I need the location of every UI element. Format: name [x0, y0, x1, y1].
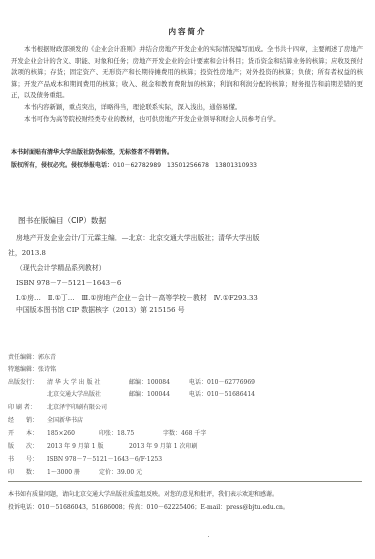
publisher-postcode: 邮编：100044: [129, 389, 189, 398]
book-number-value: ISBN 978－7－5121－1643－6/F·1253: [47, 456, 162, 463]
publisher-phone: 电话：010－51686414: [189, 391, 255, 398]
publisher-postcode: 邮编：100084: [129, 377, 189, 386]
book-number-label: 书 号：: [8, 454, 47, 463]
book-number-row: 书 号：ISBN 978－7－5121－1643－6/F·1253: [8, 454, 162, 463]
print-run-value: 1～3000 册: [47, 467, 99, 476]
publisher-name: 清 华 大 学 出 版 社: [47, 377, 129, 386]
format-label: 开 本：: [8, 428, 47, 437]
print-run-row: 印 数：1～3000 册定价：39.00 元: [8, 467, 142, 476]
cip-classification: Ⅰ.①房… Ⅱ.①丁… Ⅲ.①房地产企业－会计－高等学校－教材 Ⅳ.①F293.…: [16, 292, 258, 302]
distributor-row: 经 销：全国新华书店: [8, 415, 83, 424]
format-row: 开 本：185×260印张：18.75字数：468 千字: [8, 428, 206, 437]
report-phones: 010－62782989 13501256678 13801310933: [113, 162, 257, 169]
print-run-label: 印 数：: [8, 467, 47, 476]
distributor-label: 经 销：: [8, 415, 47, 424]
publisher-label: 出版发行：: [8, 377, 47, 386]
summary-paragraph: 本书内容新颖，重点突出，详略得当，理论联系实际，深入浅出，通俗易懂。: [11, 102, 363, 114]
publisher-row: 出版发行：清 华 大 学 出 版 社邮编：100084电话：010－627769…: [8, 377, 255, 386]
cip-isbn: ISBN 978－7－5121－1643－6: [16, 277, 121, 287]
price: 定价：39.00 元: [99, 469, 142, 476]
print-sheets: 印张：18.75: [99, 428, 163, 437]
printer-row: 印 刷 者：北京泽宇印刷有限公司: [8, 402, 107, 411]
cip-heading: 图书在版编目（CIP）数据: [18, 215, 106, 226]
cip-title-line-cont: 社，2013.8: [8, 247, 46, 257]
editor-label: 责任编辑：: [8, 354, 38, 361]
editor-value: 郭东青: [38, 354, 56, 361]
word-count: 字数：468 千字: [163, 430, 206, 437]
editor-row: 责任编辑：郭东青: [8, 352, 56, 361]
summary-paragraph: 本书可作为高等院校财经类专业的教材，也可供房地产开发企业领导和财会人员参考自学。: [11, 114, 363, 126]
publisher-phone: 电话：010－62776969: [189, 379, 255, 386]
footer-divider: [8, 481, 362, 482]
guest-editor-label: 特邀编辑：: [8, 366, 38, 373]
distributor-value: 全国新华书店: [47, 417, 83, 424]
guest-editor-value: 张诗铭: [38, 366, 56, 373]
contact-info: 投诉电话：010－51686043，51686008；传真：010－622254…: [8, 502, 289, 511]
format-value: 185×260: [47, 430, 99, 437]
summary-title: 内容简介: [0, 26, 375, 37]
printer-value: 北京泽宇印刷有限公司: [47, 404, 107, 411]
printing-value: 2013 年 9 月第 1 次印刷: [129, 443, 197, 450]
edition-value: 2013 年 9 月第 1 版: [47, 441, 129, 450]
quality-notice: 本书如有质量问题，请向北京交通大学出版社质监组反映。对您的意见和批评，我们表示欢…: [8, 489, 278, 498]
anti-counterfeit-notice: 本书封面贴有清华大学出版社防伪标签，无标签者不得销售。: [11, 147, 173, 156]
publisher-row: 北京交通大学出版社邮编：100044电话：010－51686414: [8, 389, 255, 398]
publisher-name: 北京交通大学出版社: [47, 389, 129, 398]
cip-series: （现代会计学精品系列教材）: [16, 262, 106, 272]
cip-title-line: 房地产开发企业会计/丁元霖主编．—北京：北京交通大学出版社；清华大学出版: [16, 232, 260, 242]
copyright-label: 版权所有，侵权必究。侵权举报电话：: [11, 162, 113, 169]
cip-number: 中国版本图书馆 CIP 数据核字（2013）第 215156 号: [16, 304, 185, 314]
speck: [208, 536, 209, 537]
copyright-notice: 版权所有，侵权必究。侵权举报电话：010－62782989 1350125667…: [11, 160, 257, 169]
summary-paragraph: 本书根据财政部颁发的《企业会计准则》并结合房地产开发企业的实际情况编写而成。全书…: [11, 44, 363, 102]
guest-editor-row: 特邀编辑：张诗铭: [8, 364, 56, 373]
edition-row: 版 次：2013 年 9 月第 1 版2013 年 9 月第 1 次印刷: [8, 441, 197, 450]
summary-body: 本书根据财政部颁发的《企业会计准则》并结合房地产开发企业的实际情况编写而成。全书…: [11, 44, 363, 125]
printer-label: 印 刷 者：: [8, 402, 47, 411]
edition-label: 版 次：: [8, 441, 47, 450]
